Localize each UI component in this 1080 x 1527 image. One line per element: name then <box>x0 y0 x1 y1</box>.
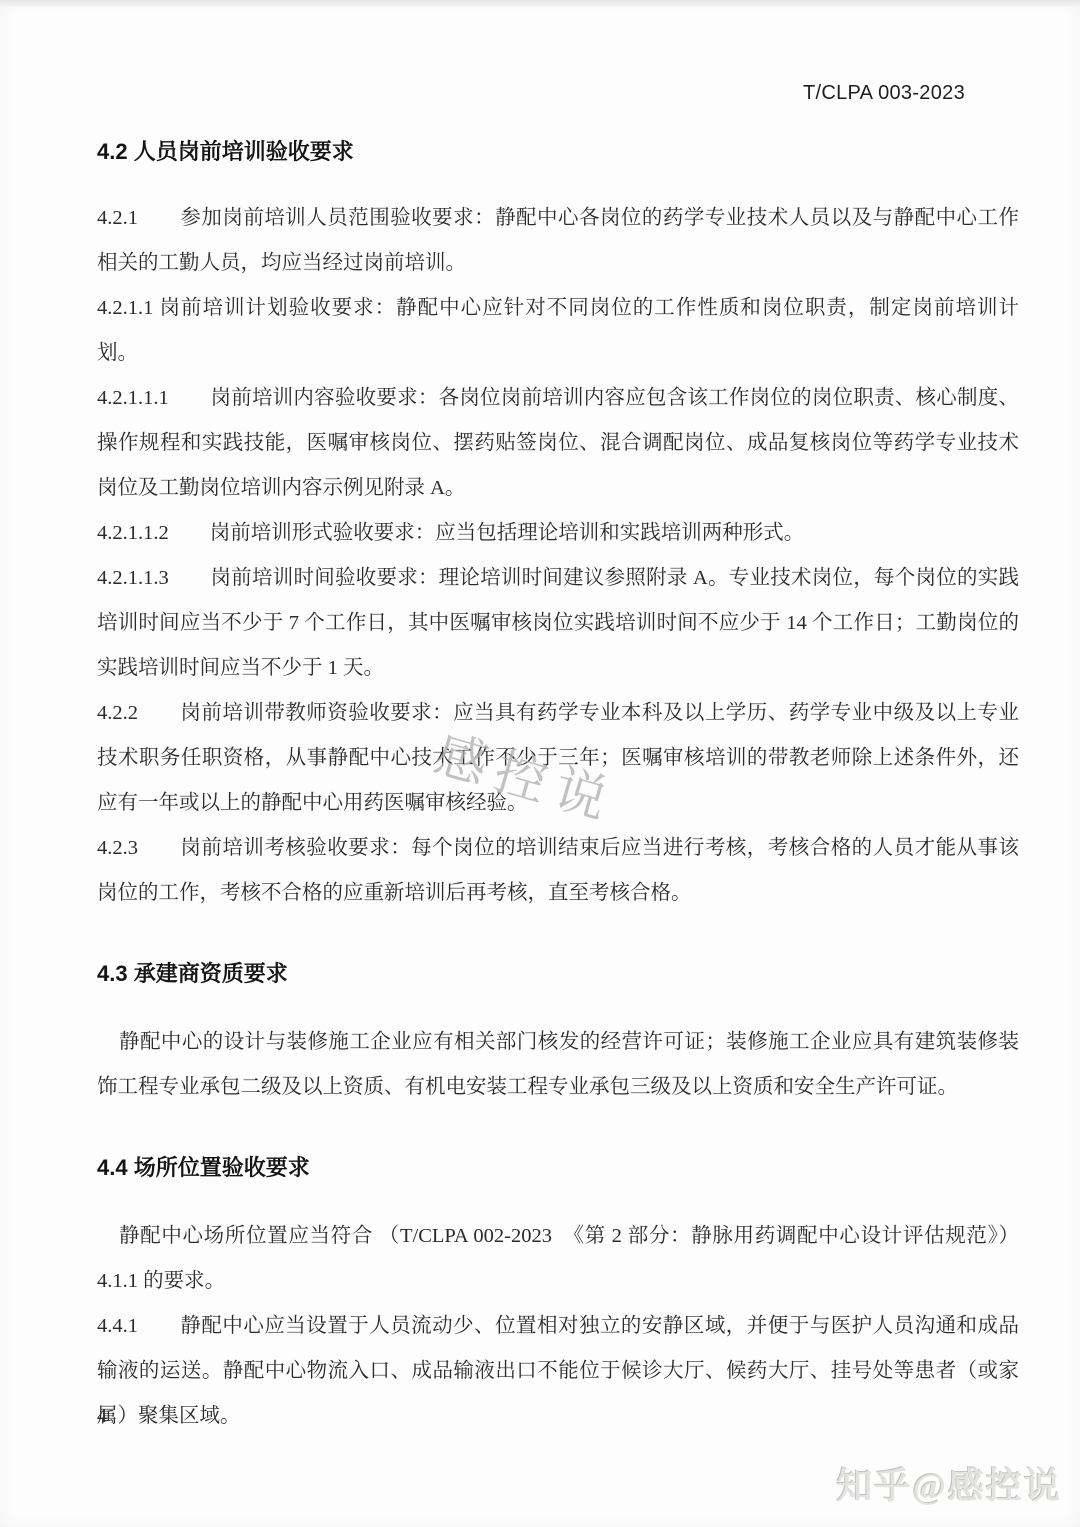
paragraph-4-2-1: 4.2.1 参加岗前培训人员范围验收要求：静配中心各岗位的药学专业技术人员以及与… <box>97 196 1019 286</box>
page-number: 4 <box>97 1405 107 1428</box>
page-top-edge <box>0 0 1080 7</box>
document-body: 4.2 人员岗前培训验收要求 4.2.1 参加岗前培训人员范围验收要求：静配中心… <box>97 136 1019 1439</box>
paragraph-4-4-1: 4.4.1 静配中心应当设置于人员流动少、位置相对独立的安静区域，并便于与医护人… <box>97 1304 1019 1439</box>
document-page: T/CLPA 003-2023 4.2 人员岗前培训验收要求 4.2.1 参加岗… <box>0 0 1080 1527</box>
zhihu-author-watermark: 知乎@感控说 <box>837 1458 1063 1509</box>
section-heading-4-2: 4.2 人员岗前培训验收要求 <box>97 136 1019 168</box>
standard-number: T/CLPA 003-2023 <box>803 82 965 105</box>
paragraph-4-2-2: 4.2.2 岗前培训带教师资验收要求：应当具有药学专业本科及以上学历、药学专业中… <box>97 691 1019 826</box>
paragraph-4-2-1-1: 4.2.1.1 岗前培训计划验收要求：静配中心应针对不同岗位的工作性质和岗位职责… <box>97 286 1019 376</box>
paragraph-4-3: 静配中心的设计与装修施工企业应有相关部门核发的经营许可证；装修施工企业应具有建筑… <box>97 1020 1019 1110</box>
paragraph-4-2-3: 4.2.3 岗前培训考核验收要求：每个岗位的培训结束后应当进行考核，考核合格的人… <box>97 826 1019 916</box>
section-heading-4-4: 4.4 场所位置验收要求 <box>97 1152 1019 1184</box>
paragraph-4-2-1-1-1: 4.2.1.1.1 岗前培训内容验收要求：各岗位岗前培训内容应包含该工作岗位的岗… <box>97 376 1019 511</box>
paragraph-4-2-1-1-3: 4.2.1.1.3 岗前培训时间验收要求：理论培训时间建议参照附录 A。专业技术… <box>97 556 1019 691</box>
paragraph-4-2-1-1-2: 4.2.1.1.2 岗前培训形式验收要求：应当包括理论培训和实践培训两种形式。 <box>97 511 1019 556</box>
paragraph-4-4-intro: 静配中心场所位置应当符合 （T/CLPA 002-2023 《第 2 部分：静脉… <box>97 1214 1019 1304</box>
section-heading-4-3: 4.3 承建商资质要求 <box>97 958 1019 990</box>
